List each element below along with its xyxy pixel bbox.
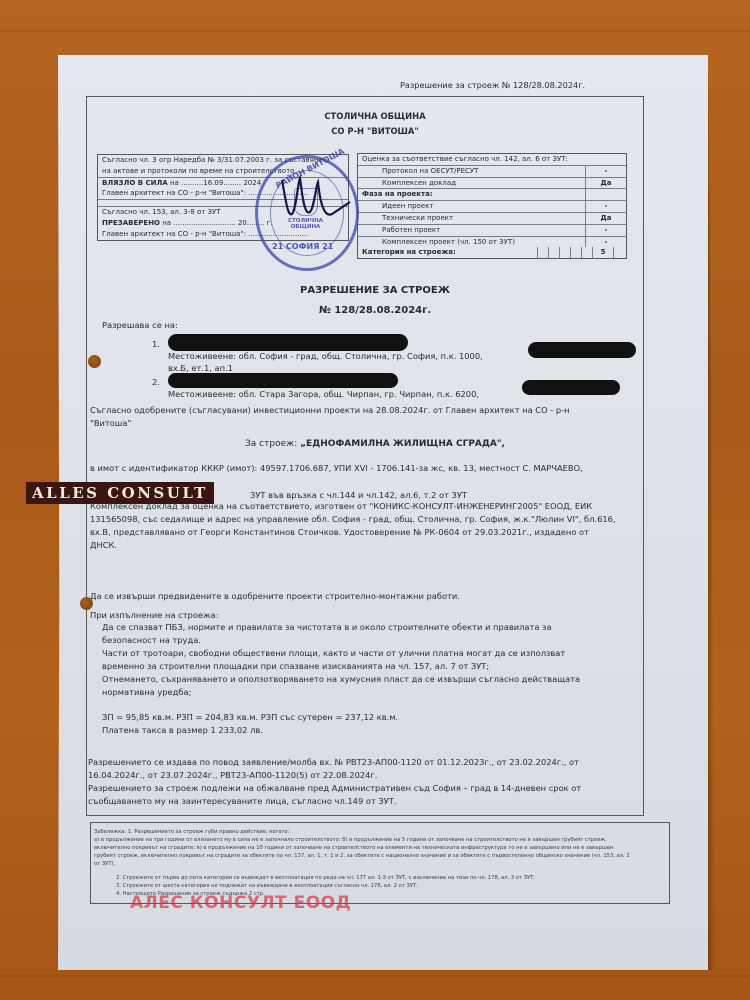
execution-line: нормативна уредба; <box>102 686 191 699</box>
assessment-row-value: - <box>585 225 626 236</box>
report-line: вх.В, представлявано от Георги Константи… <box>90 526 589 539</box>
assessment-row-value: Да <box>585 178 626 189</box>
assessment-row-value: - <box>585 237 626 248</box>
assessment-row-value: Да <box>585 213 626 224</box>
redaction-bar <box>528 342 636 358</box>
signature-icon <box>278 172 353 227</box>
holder-1-number: 1. <box>152 338 160 351</box>
issue-line: съобщаването му на заинтересуваните лица… <box>88 795 397 808</box>
document-number: № 128/28.08.2024г. <box>0 305 750 316</box>
note-line: грубият строеж, включително покривът на … <box>94 853 630 860</box>
assessment-row-value: - <box>585 166 626 177</box>
issue-line: Разрешението за строеж подлежи на обжалв… <box>88 782 581 795</box>
assessment-row: Технически проектДа <box>358 213 626 225</box>
category-row: Категория на строежа: 5 <box>358 247 626 258</box>
redaction-bar <box>522 380 620 395</box>
category-label: Категория на строежа: <box>358 247 537 258</box>
assessment-row-label: Работен проект <box>358 225 585 236</box>
wood-grain <box>0 30 750 32</box>
note-line: 2. Строежите от първа до пета категория … <box>116 875 535 882</box>
works-line: Да се извърши предвидените в одобрените … <box>90 590 460 603</box>
note-line: а) в продължение на три години от влизан… <box>94 837 607 844</box>
company-stamp-watermark: АЛЕС КОНСУЛТ ЕООД <box>130 893 351 913</box>
punch-hole <box>88 355 101 368</box>
category-value: 5 <box>592 247 613 258</box>
assessment-row-label: Комплексен доклад <box>358 178 585 189</box>
assessment-row-label: Технически проект <box>358 213 585 224</box>
execution-line: Да се спазват ПБЗ, нормите и правилата з… <box>102 621 552 634</box>
note-line: Забележка: 1. Разрешението за строеж губ… <box>94 829 289 836</box>
construction-name: „ЕДНОФАМИЛНА ЖИЛИЩНА СГРАДА", <box>300 439 505 449</box>
construction-label: За строеж: <box>245 439 300 449</box>
assessment-row-label: Протокол на ОЕСУТ/РЕСУТ <box>358 166 585 177</box>
assessment-row: Протокол на ОЕСУТ/РЕСУТ- <box>358 166 626 178</box>
assessment-rows: Протокол на ОЕСУТ/РЕСУТ-Комплексен докла… <box>358 166 626 248</box>
report-line: 131565098, със седалище и адрес на управ… <box>90 513 616 526</box>
assessment-row-label: Комплексен проект (чл. 150 от ЗУТ) <box>358 237 585 248</box>
approved-projects-line: "Витоша" <box>90 417 131 430</box>
punch-hole <box>80 597 93 610</box>
assessment-row: Идеен проект- <box>358 201 626 213</box>
issue-line: 16.04.2024г., от 23.07.2024г., РВТ23-АП0… <box>88 769 377 782</box>
assessment-row: Комплексен докладДа <box>358 178 626 190</box>
assessment-row-value: - <box>585 201 626 212</box>
assessment-row-label: Идеен проект <box>358 201 585 212</box>
assessment-row: Фаза на проекта: <box>358 189 626 201</box>
assessment-row: Работен проект- <box>358 225 626 237</box>
assessment-row: Комплексен проект (чл. 150 от ЗУТ)- <box>358 237 626 248</box>
assessment-heading: Оценка за съответствие съгласно чл. 142,… <box>358 154 626 166</box>
execution-line: Отнемането, съхраняването и оползотворяв… <box>102 673 580 686</box>
execution-line: временно за строителни площадки при спаз… <box>102 660 489 673</box>
redaction-bar <box>168 373 398 388</box>
wood-grain <box>0 975 750 977</box>
property-line: в имот с идентификатор КККР (имот): 4959… <box>90 462 583 475</box>
note-line: 3. Строежите от шеста категория не подле… <box>116 883 418 890</box>
permits-to-label: Разрешава се на: <box>102 319 178 332</box>
issuer-line-1: СТОЛИЧНА ОБЩИНА <box>0 111 750 121</box>
assessment-box: Оценка за съответствие съгласно чл. 142,… <box>357 153 627 259</box>
stamp-bottom-text: 21 СОФИЯ 21 <box>272 242 333 251</box>
category-cell-empty <box>613 247 626 258</box>
entered-into-force-date: на ..........16.09........ 2024 <box>168 179 261 187</box>
assessment-row-label: Фаза на проекта: <box>358 189 585 200</box>
note-line: включително покривът на сградите; в) в п… <box>94 845 613 852</box>
issuer-line-2: СО Р-Н "ВИТОША" <box>0 126 750 136</box>
entered-into-force-label: ВЛЯЗЛО В СИЛА <box>102 179 168 187</box>
approved-projects-line: Съгласно одобрените (съгласувани) инвест… <box>90 404 570 417</box>
holder-2-number: 2. <box>152 376 160 389</box>
holder-2-residence: Местоживеене: обл. Стара Загора, общ. Чи… <box>168 388 479 401</box>
execution-line: безопасност на труда. <box>102 634 201 647</box>
fee-line: Платена такса в размер 1 233,02 лв. <box>102 724 263 737</box>
document-title: РАЗРЕШЕНИЕ ЗА СТРОЕЖ <box>0 285 750 296</box>
re-certified-label: ПРЕЗАВЕРЕНО <box>102 219 160 227</box>
category-cells <box>537 247 592 258</box>
issue-line: Разрешението се издава по повод заявлени… <box>88 756 579 769</box>
areas-line: ЗП = 95,85 кв.м. РЗП = 204,83 кв.м. РЗП … <box>102 711 398 724</box>
note-line: от ЗУТ). <box>94 861 115 868</box>
construction-line: За строеж: „ЕДНОФАМИЛНА ЖИЛИЩНА СГРАДА", <box>0 438 750 451</box>
redaction-bar <box>168 334 408 351</box>
assessment-row-value <box>585 189 626 200</box>
header-reference: Разрешение за строеж № 128/28.08.2024г. <box>400 80 585 90</box>
brand-watermark: ALLES CONSULT <box>26 482 214 504</box>
execution-line: Части от тротоари, свободни обществени п… <box>102 647 565 660</box>
report-line: ДНСК. <box>90 539 117 552</box>
